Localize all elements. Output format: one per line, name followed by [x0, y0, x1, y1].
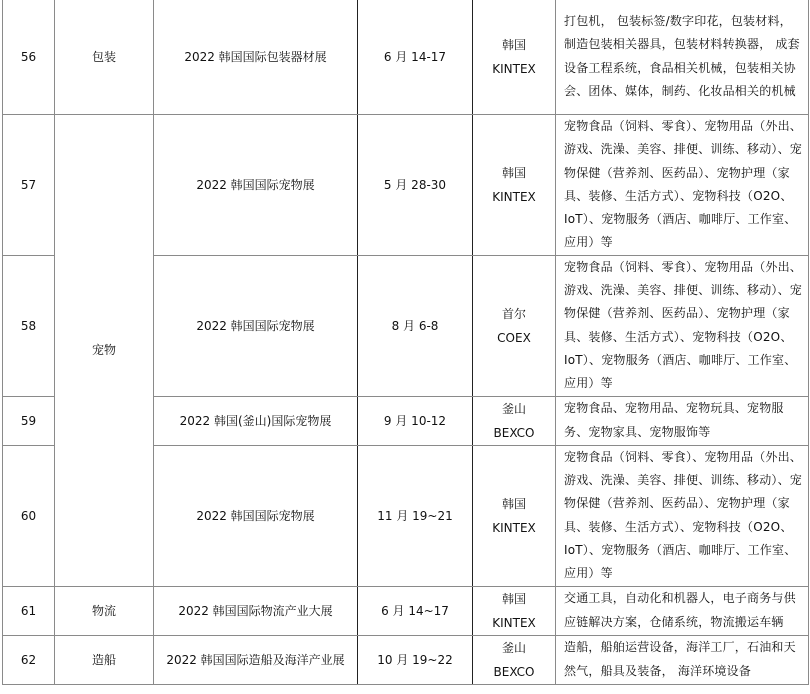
venue-city: 釜山	[473, 397, 555, 421]
table-row: 57 宠物 2022 韩国国际宠物展 5 月 28-30 韩国 KINTEX 宠…	[3, 115, 809, 256]
venue-hall: KINTEX	[473, 516, 555, 540]
exhibition-date: 6 月 14-17	[358, 0, 473, 115]
exhibition-date: 10 月 19~22	[358, 635, 473, 684]
exhibit-scope: 宠物食品（饲料、零食）、宠物用品（外出、游戏、洗澡、美容、排便、训练、移动）、宠…	[556, 445, 809, 586]
exhibition-title: 2022 韩国国际造船及海洋产业展	[154, 635, 358, 684]
row-number: 57	[3, 115, 55, 256]
venue-cell: 首尔 COEX	[473, 255, 556, 396]
exhibition-title: 2022 韩国国际宠物展	[154, 115, 358, 256]
category-cell: 包装	[55, 0, 154, 115]
venue-cell: 釜山 BEXCO	[473, 396, 556, 445]
exhibit-scope: 交通工具，自动化和机器人，电子商务与供应链解决方案，仓储系统，物流搬运车辆	[556, 586, 809, 635]
row-number: 61	[3, 586, 55, 635]
venue-cell: 釜山 BEXCO	[473, 635, 556, 684]
venue-city: 釜山	[473, 636, 555, 660]
exhibit-scope: 宠物食品（饲料、零食）、宠物用品（外出、游戏、洗澡、美容、排便、训练、移动）、宠…	[556, 115, 809, 256]
venue-city: 韩国	[473, 161, 555, 185]
exhibition-date: 8 月 6-8	[358, 255, 473, 396]
row-number: 58	[3, 255, 55, 396]
exhibit-scope: 宠物食品、宠物用品、宠物玩具、宠物服务、宠物家具、宠物服饰等	[556, 396, 809, 445]
venue-hall: BEXCO	[473, 660, 555, 684]
venue-city: 韩国	[473, 587, 555, 611]
venue-cell: 韩国 KINTEX	[473, 586, 556, 635]
venue-hall: KINTEX	[473, 185, 555, 209]
exhibition-title: 2022 韩国国际物流产业大展	[154, 586, 358, 635]
venue-hall: KINTEX	[473, 57, 555, 81]
venue-hall: COEX	[473, 326, 555, 350]
row-number: 59	[3, 396, 55, 445]
table-row: 56 包装 2022 韩国国际包装器材展 6 月 14-17 韩国 KINTEX…	[3, 0, 809, 115]
exhibition-date: 5 月 28-30	[358, 115, 473, 256]
exhibit-scope: 造船，船舶运营设备，海洋工厂，石油和天然气，船具及装备， 海洋环境设备	[556, 635, 809, 684]
venue-cell: 韩国 KINTEX	[473, 0, 556, 115]
row-number: 62	[3, 635, 55, 684]
exhibition-date: 6 月 14~17	[358, 586, 473, 635]
category-cell: 物流	[55, 586, 154, 635]
exhibition-date: 11 月 19~21	[358, 445, 473, 586]
exhibit-scope: 宠物食品（饲料、零食）、宠物用品（外出、游戏、洗澡、美容、排便、训练、移动）、宠…	[556, 255, 809, 396]
venue-city: 韩国	[473, 492, 555, 516]
exhibition-title: 2022 韩国国际宠物展	[154, 445, 358, 586]
table-row: 62 造船 2022 韩国国际造船及海洋产业展 10 月 19~22 釜山 BE…	[3, 635, 809, 684]
exhibit-scope: 打包机， 包装标签/数字印花，包装材料，制造包装相关器具，包装材料转换器， 成套…	[556, 0, 809, 115]
venue-cell: 韩国 KINTEX	[473, 445, 556, 586]
venue-city: 韩国	[473, 33, 555, 57]
venue-cell: 韩国 KINTEX	[473, 115, 556, 256]
venue-city: 首尔	[473, 302, 555, 326]
exhibition-title: 2022 韩国国际宠物展	[154, 255, 358, 396]
category-cell: 造船	[55, 635, 154, 684]
exhibition-table: 56 包装 2022 韩国国际包装器材展 6 月 14-17 韩国 KINTEX…	[2, 0, 809, 685]
exhibition-title: 2022 韩国(釜山)国际宠物展	[154, 396, 358, 445]
exhibition-title: 2022 韩国国际包装器材展	[154, 0, 358, 115]
exhibition-date: 9 月 10-12	[358, 396, 473, 445]
table-row: 61 物流 2022 韩国国际物流产业大展 6 月 14~17 韩国 KINTE…	[3, 586, 809, 635]
row-number: 56	[3, 0, 55, 115]
row-number: 60	[3, 445, 55, 586]
venue-hall: BEXCO	[473, 421, 555, 445]
category-cell-merged: 宠物	[55, 115, 154, 587]
venue-hall: KINTEX	[473, 611, 555, 635]
